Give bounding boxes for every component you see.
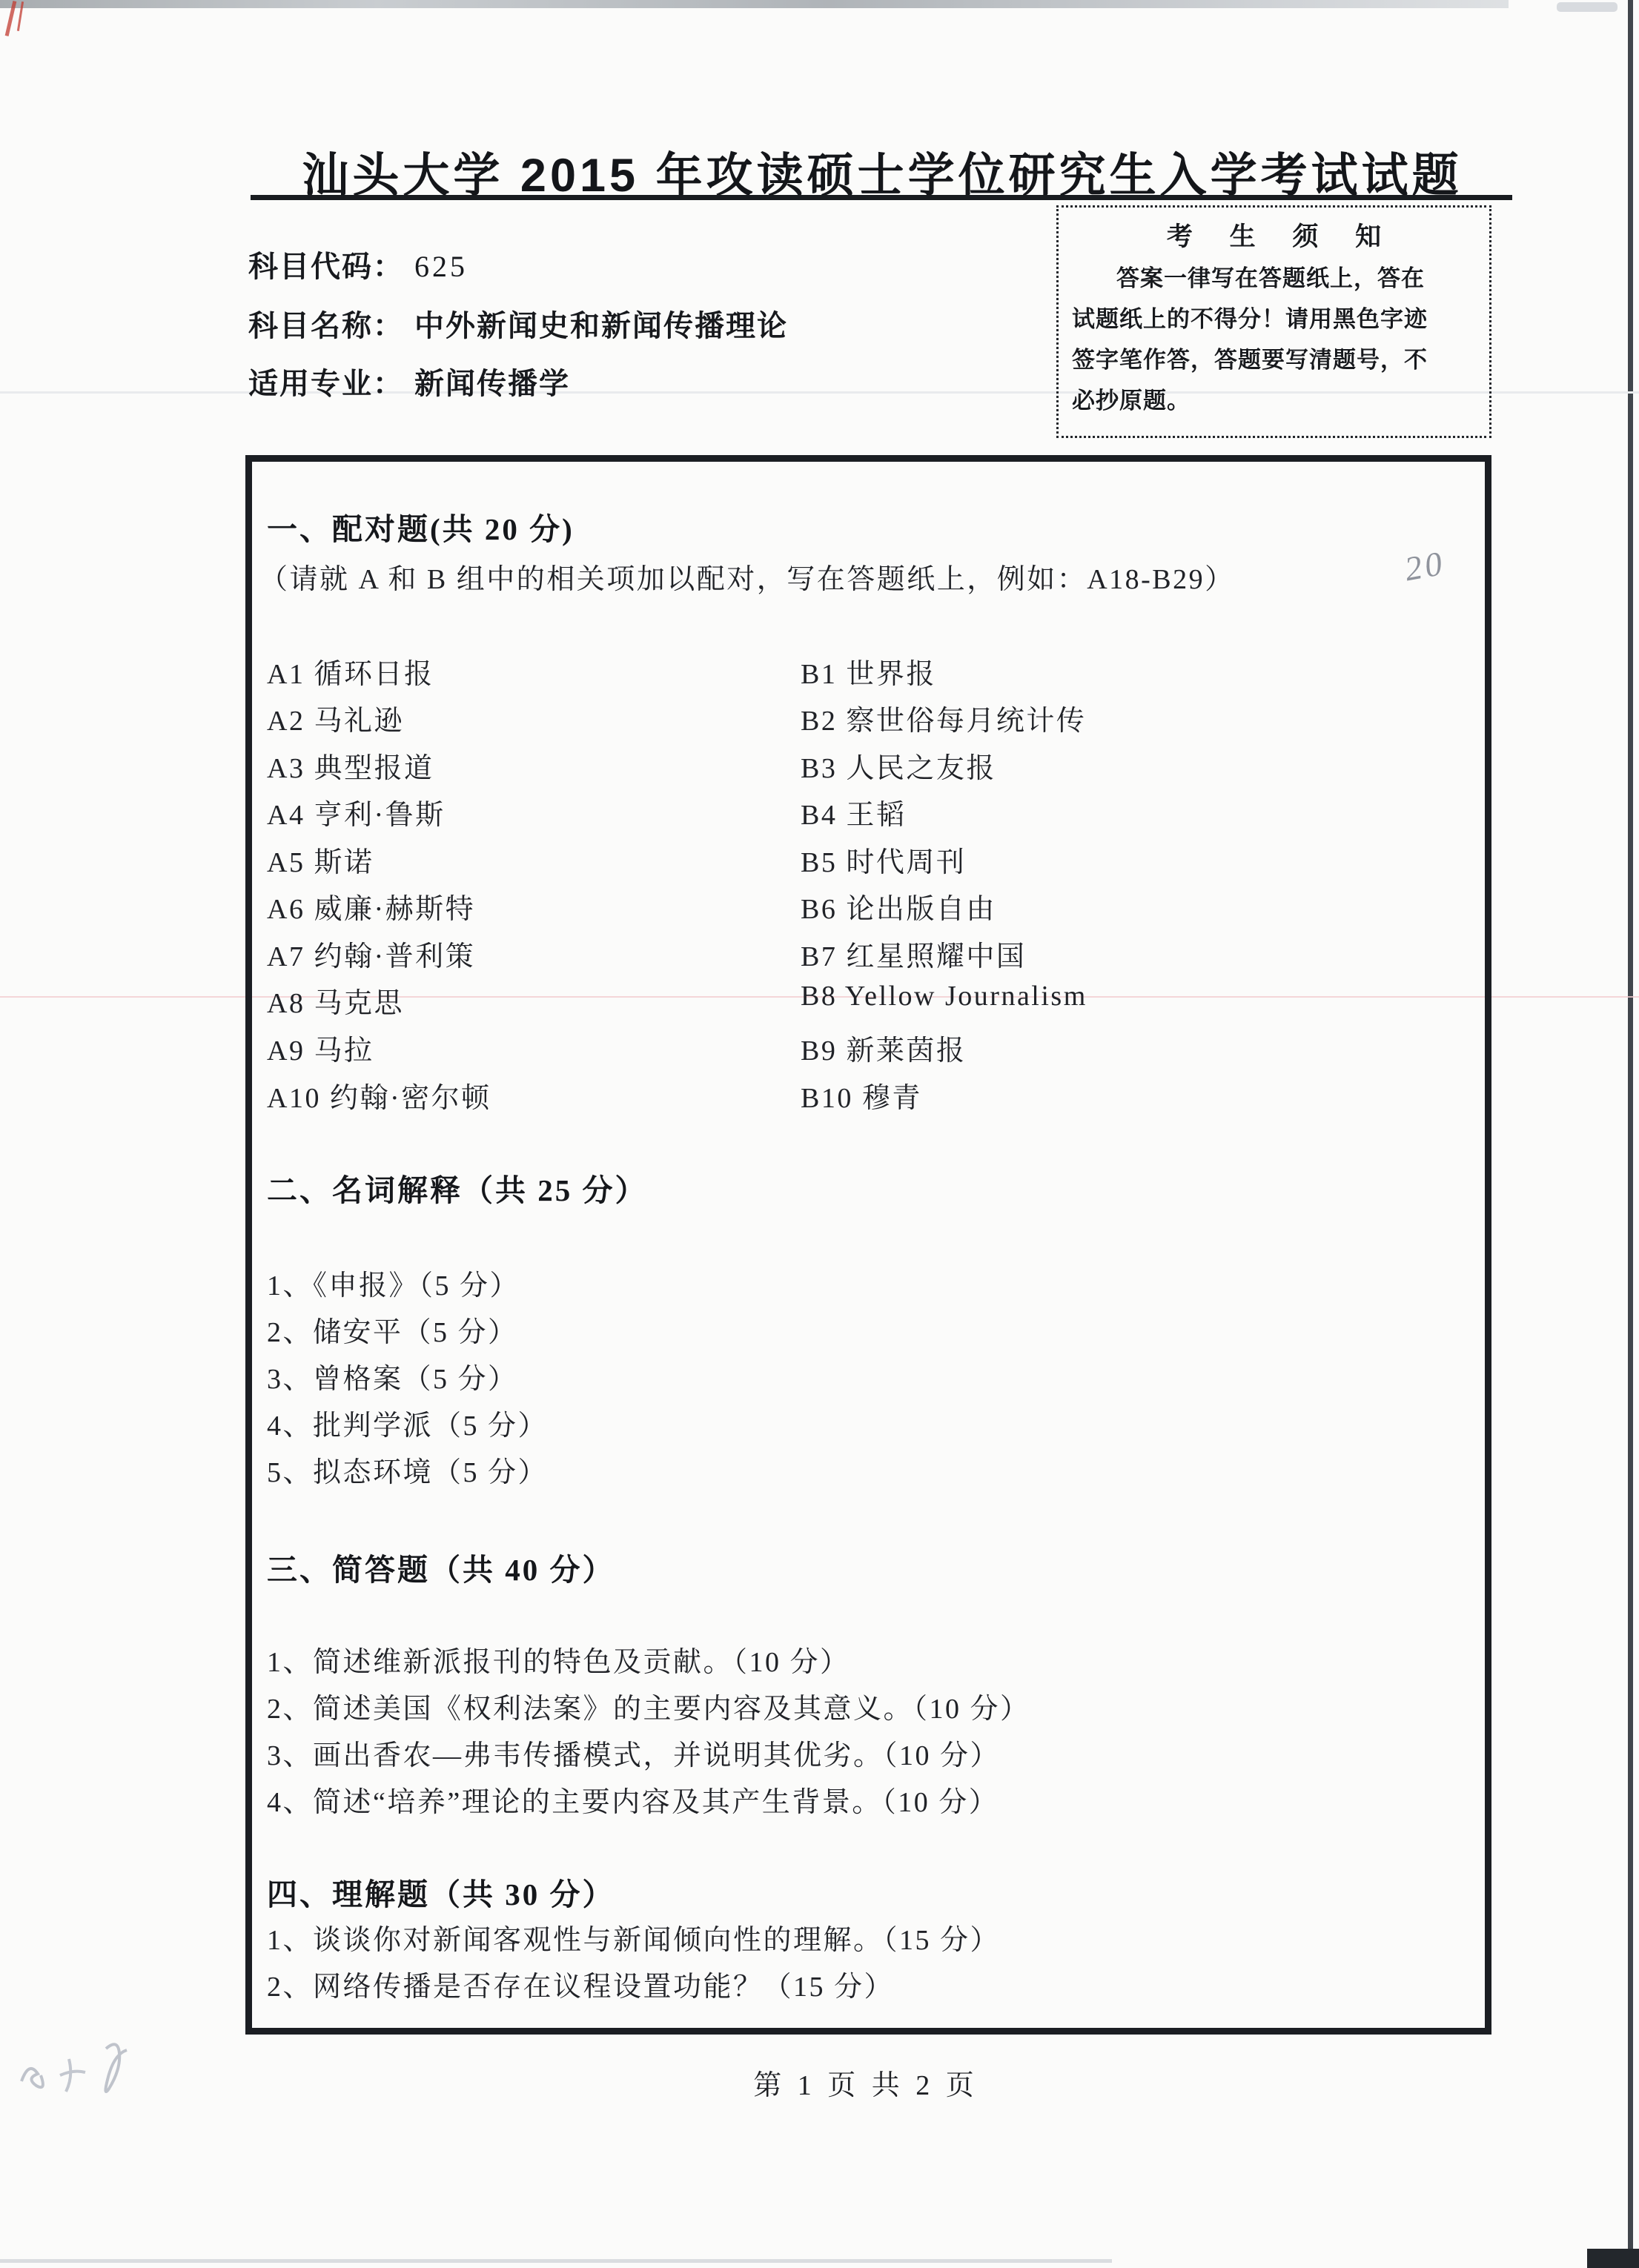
short-answer-item-1: 1、简述维新派报刊的特色及贡献。（10 分）: [267, 1639, 850, 1680]
major-value: 新闻传播学: [414, 368, 570, 400]
short-answer-item-3: 3、画出香农—弗韦传播模式，并说明其优劣。（10 分）: [267, 1732, 1000, 1773]
scan-right-edge-artifact: [1628, 0, 1633, 2268]
comprehension-item-1: 1、谈谈你对新闻客观性与新闻倾向性的理解。（15 分）: [267, 1917, 1000, 1957]
subject-code-value: 625: [414, 250, 468, 283]
term-item-1: 1、《申报》（5 分）: [267, 1262, 520, 1303]
section-comprehension-heading: 四、理解题（共 30 分）: [267, 1870, 615, 1914]
match-item-a7: A7 约翰·普利策: [267, 933, 475, 974]
major-line: 适用专业：新闻传播学: [248, 360, 570, 402]
notice-line: 答案一律写在答题纸上，答在: [1072, 259, 1525, 293]
short-answer-item-4: 4、简述“培养”理论的主要内容及其产生背景。（10 分）: [267, 1779, 999, 1820]
match-item-a8: A8 马克思: [267, 980, 404, 1021]
match-item-a4: A4 亨利·鲁斯: [267, 792, 446, 832]
handwritten-score-mark: 20: [1402, 543, 1448, 589]
match-item-a9: A9 马拉: [267, 1027, 374, 1068]
match-item-a1: A1 循环日报: [267, 651, 434, 692]
match-item-a3: A3 典型报道: [267, 745, 434, 786]
scan-top-edge-artifact: [0, 0, 1509, 8]
notice-line: 签字笔作答，答题要写清题号，不: [1072, 341, 1480, 374]
page-number-footer: 第 1 页 共 2 页: [93, 2062, 1639, 2103]
scan-bottom-edge-artifact: [0, 2259, 1112, 2263]
comprehension-item-2: 2、网络传播是否存在议程设置功能？（15 分）: [267, 1963, 894, 2004]
section-matching-heading: 一、配对题(共 20 分): [267, 505, 575, 548]
matching-instruction: （请就 A 和 B 组中的相关项加以配对，写在答题纸上，例如：A18-B29）: [259, 556, 1235, 597]
subject-code-label: 科目代码：: [248, 251, 404, 283]
match-item-b8: B8 Yellow Journalism: [801, 980, 1087, 1012]
exam-paper-page: 汕头大学 2015 年攻读硕士学位研究生入学考试试题 科目代码：625 科目名称…: [0, 0, 1639, 2268]
match-item-b1: B1 世界报: [801, 651, 936, 692]
subject-name-value: 中外新闻史和新闻传播理论: [414, 310, 788, 342]
match-item-b9: B9 新莱茵报: [801, 1027, 966, 1068]
match-item-a10: A10 约翰·密尔顿: [267, 1075, 491, 1115]
match-item-a5: A5 斯诺: [267, 839, 374, 880]
notice-line: 试题纸上的不得分！请用黑色字迹: [1072, 300, 1480, 334]
match-item-b6: B6 论出版自由: [801, 886, 996, 926]
match-item-b5: B5 时代周刊: [801, 839, 966, 880]
match-item-b2: B2 察世俗每月统计传: [801, 697, 1086, 738]
candidate-notice-box: 考 生 须 知 答案一律写在答题纸上，答在 试题纸上的不得分！请用黑色字迹 签字…: [1056, 205, 1491, 438]
notice-title: 考 生 须 知: [1059, 216, 1489, 253]
match-item-b10: B10 穆青: [801, 1075, 922, 1115]
subject-name-line: 科目名称：中外新闻史和新闻传播理论: [248, 302, 788, 345]
match-item-a6: A6 威廉·赫斯特: [267, 886, 475, 926]
short-answer-item-2: 2、简述美国《权利法案》的主要内容及其意义。（10 分）: [267, 1685, 1030, 1726]
term-item-4: 4、批判学派（5 分）: [267, 1402, 548, 1443]
title-underline: [251, 195, 1512, 200]
term-item-5: 5、拟态环境（5 分）: [267, 1449, 548, 1490]
section-terms-heading: 二、名词解释（共 25 分）: [267, 1166, 648, 1210]
scan-smudge: [1557, 2, 1618, 12]
scan-corner-artifact: [1587, 2249, 1639, 2268]
notice-line: 必抄原题。: [1072, 382, 1480, 415]
section-short-answer-heading: 三、简答题（共 40 分）: [267, 1545, 615, 1589]
question-box: 一、配对题(共 20 分) （请就 A 和 B 组中的相关项加以配对，写在答题纸…: [245, 455, 1491, 2035]
match-item-b3: B3 人民之友报: [801, 745, 996, 786]
match-item-b4: B4 王韬: [801, 792, 906, 832]
match-item-b7: B7 红星照耀中国: [801, 933, 1026, 974]
match-item-a2: A2 马礼逊: [267, 697, 404, 738]
subject-name-label: 科目名称：: [248, 310, 404, 342]
major-label: 适用专业：: [248, 368, 404, 400]
subject-code-line: 科目代码：625: [248, 243, 468, 285]
term-item-2: 2、储安平（5 分）: [267, 1309, 518, 1350]
term-item-3: 3、曾格案（5 分）: [267, 1356, 518, 1396]
